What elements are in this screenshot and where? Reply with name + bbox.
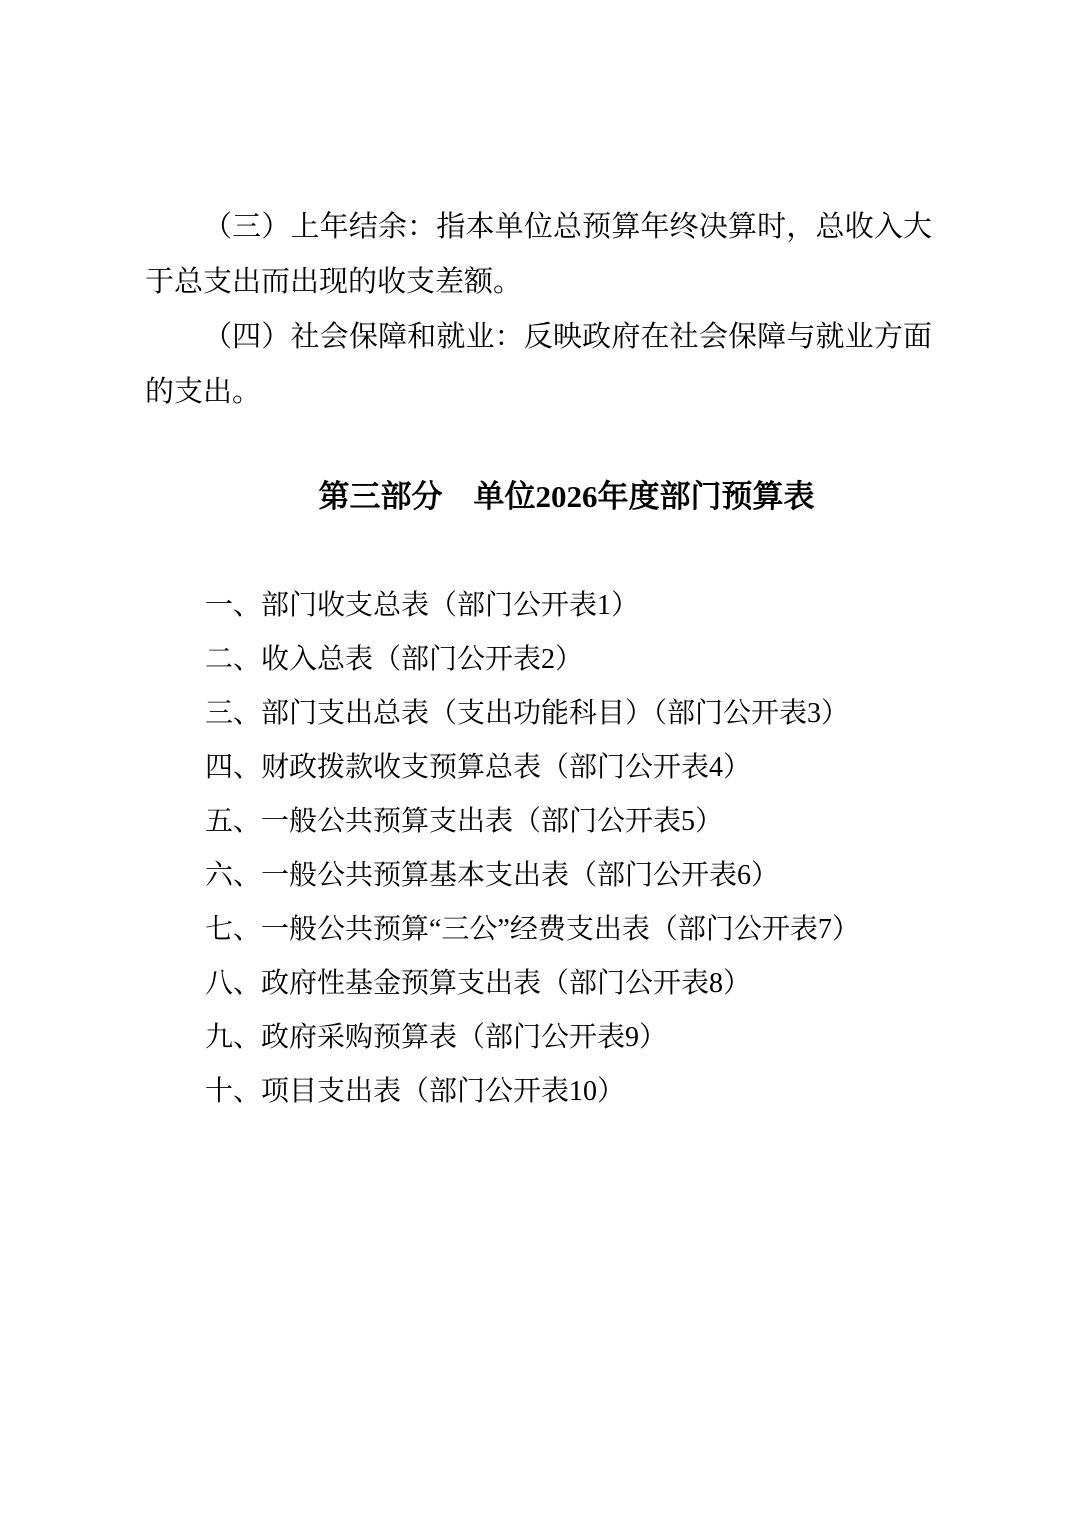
table-list-item-7: 七、一般公共预算“三公”经费支出表（部门公开表7） bbox=[145, 903, 932, 957]
paragraph-shehui-baozhang: （四）社会保障和就业：反映政府在社会保障与就业方面的支出。 bbox=[145, 310, 932, 420]
paragraph-shangnian-jieyu: （三）上年结余：指本单位总预算年终决算时，总收入大于总支出而出现的收支差额。 bbox=[145, 200, 932, 310]
section-heading: 第三部分 单位2026年度部门预算表 bbox=[145, 467, 932, 527]
table-list-item-4: 四、财政拨款收支预算总表（部门公开表4） bbox=[145, 741, 932, 795]
budget-table-list: 一、部门收支总表（部门公开表1） 二、收入总表（部门公开表2） 三、部门支出总表… bbox=[145, 579, 932, 1119]
table-list-item-3: 三、部门支出总表（支出功能科目）（部门公开表3） bbox=[145, 687, 932, 741]
table-list-item-9: 九、政府采购预算表（部门公开表9） bbox=[145, 1011, 932, 1065]
table-list-item-2: 二、收入总表（部门公开表2） bbox=[145, 633, 932, 687]
table-list-item-1: 一、部门收支总表（部门公开表1） bbox=[145, 579, 932, 633]
table-list-item-6: 六、一般公共预算基本支出表（部门公开表6） bbox=[145, 849, 932, 903]
table-list-item-8: 八、政府性基金预算支出表（部门公开表8） bbox=[145, 957, 932, 1011]
document-page: （三）上年结余：指本单位总预算年终决算时，总收入大于总支出而出现的收支差额。 （… bbox=[0, 0, 1075, 1520]
table-list-item-5: 五、一般公共预算支出表（部门公开表5） bbox=[145, 795, 932, 849]
table-list-item-10: 十、项目支出表（部门公开表10） bbox=[145, 1065, 932, 1119]
